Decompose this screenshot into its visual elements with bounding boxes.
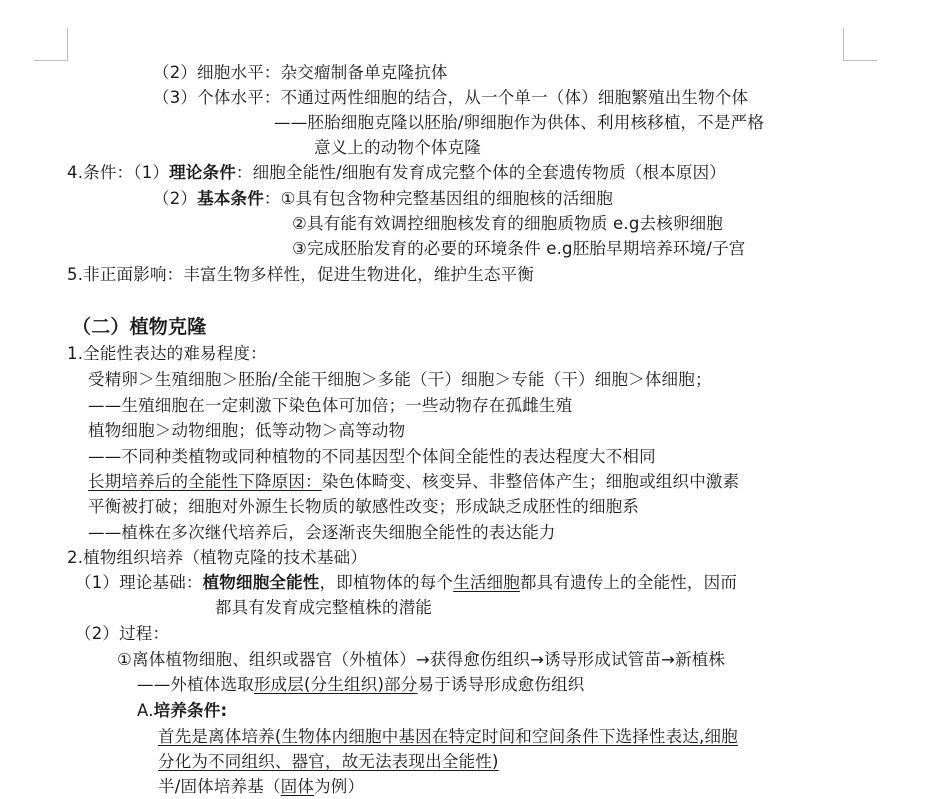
underlined-text: 首先是离体培养(生物体内细胞中基因在特定时间和空间条件下选择性表达,细胞	[158, 727, 738, 746]
text: （3）个体水平：不通过两性细胞的结合，从一个单一（体）细胞繁殖出生物个体	[153, 88, 748, 107]
text: 染色体畸变、核变异、非整倍体产生；细胞或组织中激素	[322, 472, 740, 491]
text: ——生殖细胞在一定刺激下染色体可加倍；一些动物存在孤雌生殖	[88, 396, 572, 415]
text-line: 首先是离体培养(生物体内细胞中基因在特定时间和空间条件下选择性表达,细胞	[158, 726, 738, 748]
text: 为例）	[314, 777, 364, 796]
text: ②具有能有效调控细胞核发育的细胞质物质 e.g去核卵细胞	[292, 214, 723, 233]
text: （1）理论基础：	[75, 573, 203, 592]
heading-text: （二）植物克隆	[72, 316, 206, 338]
text: ：细胞全能性/细胞有发育成完整个体的全套遗传物质（根本原因）	[236, 163, 726, 182]
text: （2）	[153, 189, 197, 208]
list-marker: A.	[137, 701, 154, 720]
text: 4.条件：（1）	[67, 163, 169, 182]
text: ——胚胎细胞克隆以胚胎/卵细胞作为供体、利用核移植，不是严格	[274, 113, 764, 132]
text-line: 都具有发育成完整植株的潜能	[215, 597, 432, 619]
text-line: 4.条件：（1）理论条件：细胞全能性/细胞有发育成完整个体的全套遗传物质（根本原…	[67, 162, 726, 184]
text: 受精卵＞生殖细胞＞胚胎/全能干细胞＞多能（干）细胞＞专能（干）细胞＞体细胞；	[88, 370, 712, 389]
text: 植物细胞＞动物细胞；低等动物＞高等动物	[88, 421, 405, 440]
text: 1.全能性表达的难易程度：	[67, 344, 267, 363]
text-line: （2）过程：	[75, 623, 169, 645]
text-line: ②具有能有效调控细胞核发育的细胞质物质 e.g去核卵细胞	[292, 213, 723, 235]
text-line: 半/固体培养基（固体为例）	[158, 776, 364, 798]
text-line: ——胚胎细胞克隆以胚胎/卵细胞作为供体、利用核移植，不是严格	[274, 112, 764, 134]
underlined-text: 生活细胞	[453, 573, 520, 592]
text: 意义上的动物个体克隆	[314, 138, 481, 157]
bold-term: 理论条件	[169, 163, 236, 182]
text: 平衡被打破；细胞对外源生长物质的敏感性改变；形成缺乏成胚性的细胞系	[88, 497, 639, 516]
text-line: （2）基本条件：①具有包含物种完整基因组的细胞核的活细胞	[153, 188, 613, 210]
page-corner-mark-right	[843, 28, 877, 61]
text: ——植株在多次继代培养后，会逐渐丧失细胞全能性的表达能力	[88, 523, 556, 542]
text-line: 植物细胞＞动物细胞；低等动物＞高等动物	[88, 420, 405, 442]
text-line: 1.全能性表达的难易程度：	[67, 343, 267, 365]
text-line: 平衡被打破；细胞对外源生长物质的敏感性改变；形成缺乏成胚性的细胞系	[88, 496, 639, 518]
text: 易于诱导形成愈伤组织	[417, 675, 584, 694]
text: ，即植物体的每个	[320, 573, 454, 592]
text: ——外植体选取	[137, 675, 254, 694]
text-line: 5.非正面影响：丰富生物多样性，促进生物进化，维护生态平衡	[67, 264, 534, 286]
text: 半/固体培养基（	[158, 777, 281, 796]
text: ——不同种类植物或同种植物的不同基因型个体间全能性的表达程度大不相同	[88, 447, 656, 466]
underlined-text: 固体	[281, 777, 314, 796]
bold-term: 植物细胞全能性	[203, 573, 320, 592]
bold-term: 基本条件	[197, 189, 264, 208]
text: ③完成胚胎发育的必要的环境条件 e.g胚胎早期培养环境/子宫	[292, 239, 745, 258]
text-line: （3）个体水平：不通过两性细胞的结合，从一个单一（体）细胞繁殖出生物个体	[153, 87, 748, 109]
text-line: ③完成胚胎发育的必要的环境条件 e.g胚胎早期培养环境/子宫	[292, 238, 745, 260]
text: （2）过程：	[75, 624, 169, 643]
text-line: 长期培养后的全能性下降原因：染色体畸变、核变异、非整倍体产生；细胞或组织中激素	[88, 471, 739, 493]
bold-term: 培养条件:	[154, 701, 228, 720]
text: ：①具有包含物种完整基因组的细胞核的活细胞	[264, 189, 613, 208]
text: 2.植物组织培养（植物克隆的技术基础）	[67, 548, 367, 567]
text: 5.非正面影响：丰富生物多样性，促进生物进化，维护生态平衡	[67, 265, 534, 284]
text-line: ——生殖细胞在一定刺激下染色体可加倍；一些动物存在孤雌生殖	[88, 395, 572, 417]
text-line: ——不同种类植物或同种植物的不同基因型个体间全能性的表达程度大不相同	[88, 446, 656, 468]
text-line: A.培养条件:	[137, 700, 227, 722]
text-line: 分化为不同组织、器官，故无法表现出全能性)	[158, 751, 499, 773]
text: 都具有发育成完整植株的潜能	[215, 598, 432, 617]
text-line: ——植株在多次继代培养后，会逐渐丧失细胞全能性的表达能力	[88, 522, 556, 544]
text-line: 2.植物组织培养（植物克隆的技术基础）	[67, 547, 367, 569]
underlined-text: 长期培养后的全能性下降原因：	[88, 472, 322, 491]
text-line: （2）细胞水平：杂交瘤制备单克隆抗体	[153, 62, 448, 84]
text-line: 受精卵＞生殖细胞＞胚胎/全能干细胞＞多能（干）细胞＞专能（干）细胞＞体细胞；	[88, 369, 712, 391]
underlined-text: 形成层(分生组织)部分	[254, 675, 418, 694]
text-line: 意义上的动物个体克隆	[314, 137, 481, 159]
text-line: （1）理论基础：植物细胞全能性，即植物体的每个生活细胞都具有遗传上的全能性，因而	[75, 572, 737, 594]
text-line: ——外植体选取形成层(分生组织)部分易于诱导形成愈伤组织	[137, 674, 584, 696]
underlined-text: 分化为不同组织、器官，故无法表现出全能性)	[158, 752, 499, 771]
text: ①离体植物细胞、组织或器官（外植体）→获得愈伤组织→诱导形成试管苗→新植株	[117, 650, 725, 669]
text-line: ①离体植物细胞、组织或器官（外植体）→获得愈伤组织→诱导形成试管苗→新植株	[117, 649, 725, 671]
text: 都具有遗传上的全能性，因而	[520, 573, 737, 592]
text: （2）细胞水平：杂交瘤制备单克隆抗体	[153, 63, 448, 82]
page-corner-mark-left	[34, 28, 68, 61]
section-heading: （二）植物克隆	[72, 314, 206, 340]
